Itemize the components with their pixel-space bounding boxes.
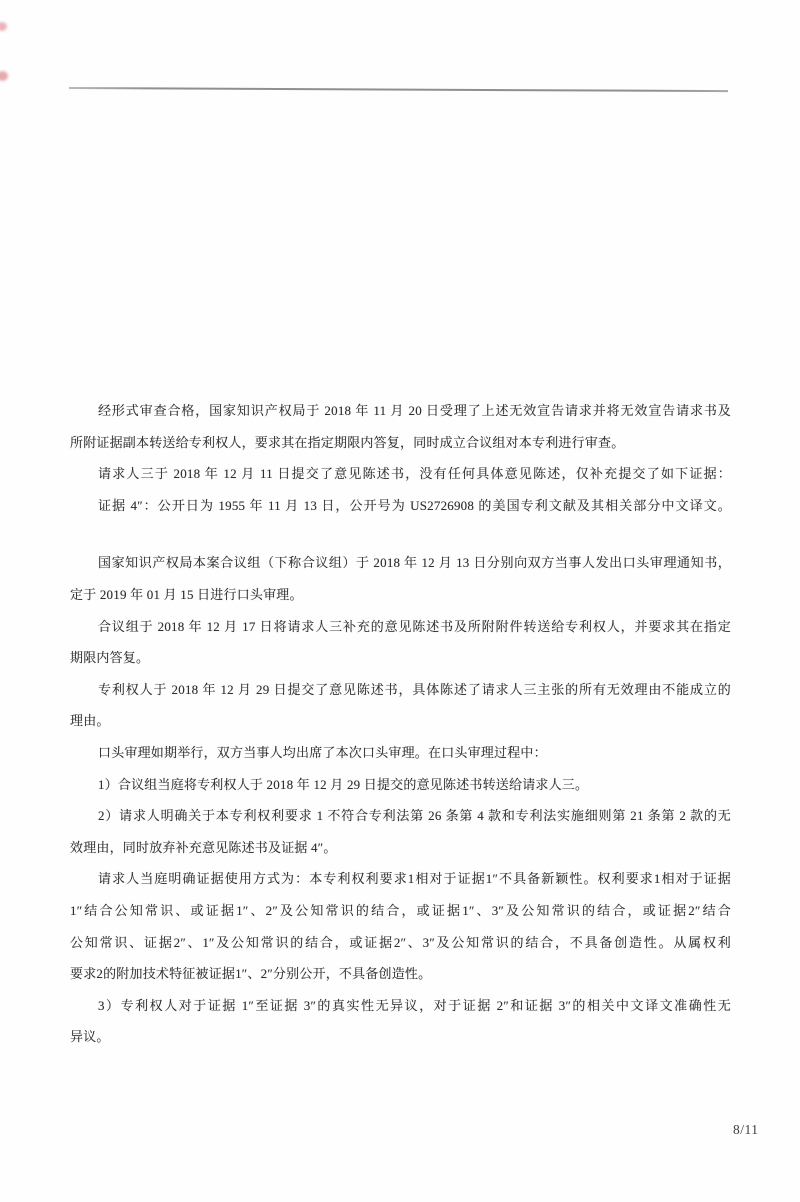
text-line: 期限内答复。 [70, 642, 731, 674]
text-line: 口头审理如期举行，双方当事人均出席了本次口头审理。在口头审理过程中： [70, 737, 731, 769]
text-line: 证据 4″：公开日为 1955 年 11 月 13 日，公开号为 US27269… [70, 490, 731, 522]
text-line: 2）请求人明确关于本专利权利要求 1 不符合专利法第 26 条第 4 款和专利法… [70, 800, 731, 832]
text-line: 公知常识、证据2″、1″及公知常识的结合，或证据2″、3″及公知常识的结合，不具… [70, 927, 731, 959]
text-line: 经形式审查合格，国家知识产权局于 2018 年 11 月 20 日受理了上述无效… [70, 395, 731, 427]
text-line: 专利权人于 2018 年 12 月 29 日提交了意见陈述书，具体陈述了请求人三… [70, 674, 731, 706]
document-body: 经形式审查合格，国家知识产权局于 2018 年 11 月 20 日受理了上述无效… [70, 395, 731, 1053]
scanned-document-page: 经形式审查合格，国家知识产权局于 2018 年 11 月 20 日受理了上述无效… [0, 0, 800, 1202]
text-line: 国家知识产权局本案合议组（下称合议组）于 2018 年 12 月 13 日分别向… [70, 547, 731, 579]
text-line: 要求2的附加技术特征被证据1″、2″分别公开，不具备创造性。 [70, 958, 731, 990]
text-line: 请求人三于 2018 年 12 月 11 日提交了意见陈述书，没有任何具体意见陈… [70, 458, 731, 490]
text-line: 所附证据副本转送给专利权人，要求其在指定期限内答复，同时成立合议组对本专利进行审… [70, 427, 731, 459]
text-line: 异议。 [70, 1021, 731, 1053]
text-line: 3）专利权人对于证据 1″至证据 3″的真实性无异议，对于证据 2″和证据 3″… [70, 990, 731, 1022]
text-line: 效理由，同时放弃补充意见陈述书及证据 4″。 [70, 832, 731, 864]
red-ink-mark-bottom [0, 71, 8, 81]
header-rule [69, 87, 728, 92]
red-ink-mark-top [0, 22, 7, 31]
text-line: 理由。 [70, 705, 731, 737]
text-line: 1）合议组当庭将专利权人于 2018 年 12 月 29 日提交的意见陈述书转送… [70, 769, 731, 801]
page-number: 8/11 [733, 1121, 759, 1139]
text-line: 请求人当庭明确证据使用方式为：本专利权利要求1相对于证据1″不具备新颖性。权利要… [70, 863, 731, 895]
text-line: 1″结合公知常识、或证据1″、2″及公知常识的结合，或证据1″、3″及公知常识的… [70, 895, 731, 927]
text-line: 合议组于 2018 年 12 月 17 日将请求人三补充的意见陈述书及所附附件转… [70, 611, 731, 643]
text-line: 定于 2019 年 01 月 15 日进行口头审理。 [70, 579, 731, 611]
